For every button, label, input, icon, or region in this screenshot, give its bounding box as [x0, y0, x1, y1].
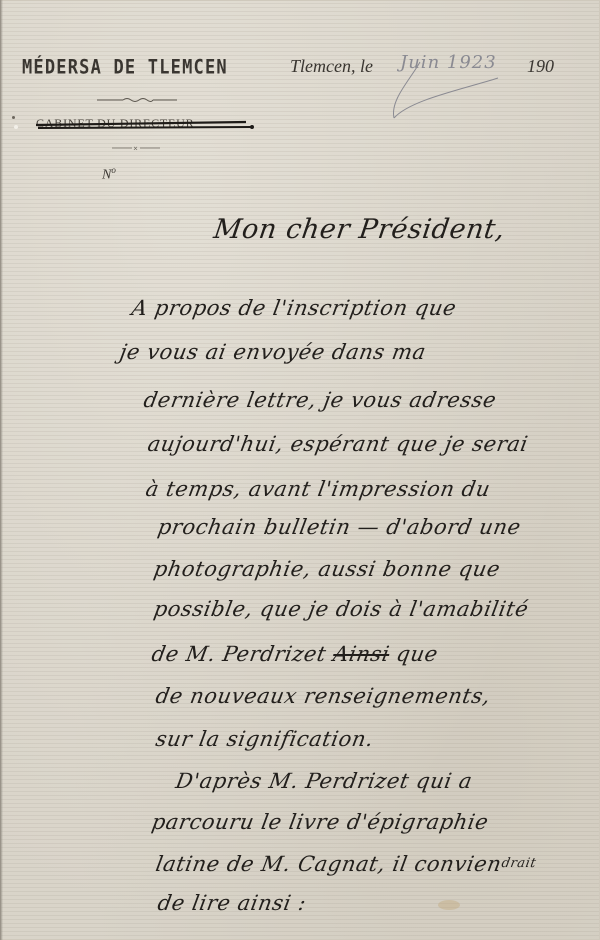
pencil-flourish-icon: [380, 60, 500, 120]
letter-salutation: Mon cher Président,: [212, 214, 507, 245]
paper-mark: [12, 116, 15, 119]
dateline-place: Tlemcen, le: [290, 56, 373, 77]
letter-line: de M. Perdrizet Ainsi que: [150, 642, 440, 666]
letter-line-tail: drait: [500, 856, 537, 871]
letter-line: D'après M. Perdrizet qui a: [174, 769, 475, 793]
letter-line-text: que: [395, 642, 440, 666]
letter-line: aujourd'hui, espérant que je serai: [146, 432, 530, 456]
letter-line: dernière lettre, je vous adresse: [142, 388, 499, 412]
letter-line-text: latine de M. Cagnat, il convien: [154, 852, 504, 876]
star-divider-icon: ✕: [112, 145, 160, 151]
letter-line: A propos de l'inscription que: [130, 296, 459, 320]
letter-line: de nouveaux renseignements,: [154, 684, 493, 708]
letter-line: je vous ai envoyée dans ma: [118, 340, 428, 364]
struck-word: Ainsi: [331, 642, 391, 666]
letterhead-institution: MÉDERSA DE TLEMCEN: [22, 56, 228, 79]
letter-page: MÉDERSA DE TLEMCEN Cabinet du Directeur …: [0, 0, 600, 940]
page-edge-shadow: [0, 0, 3, 940]
svg-text:✕: ✕: [133, 146, 138, 152]
letter-line: photographie, aussi bonne que: [152, 557, 502, 581]
paper-mark: [14, 125, 18, 129]
paper-stain: [438, 900, 460, 910]
ink-strikethrough-icon: [36, 118, 256, 132]
letter-line: sur la signification.: [154, 727, 376, 751]
letter-line: possible, que je dois à l'amabilité: [152, 597, 531, 621]
letter-line: de lire ainsi :: [156, 891, 308, 915]
letter-line: à temps, avant l'impression du: [144, 477, 492, 501]
letter-line-text: de M. Perdrizet: [150, 642, 328, 666]
reference-number-label: No: [102, 165, 116, 184]
flourish-ornament-icon: [97, 96, 177, 104]
letter-line: prochain bulletin — d'abord une: [156, 515, 523, 539]
letter-line: parcouru le livre d'épigraphie: [150, 810, 491, 834]
letter-line: latine de M. Cagnat, il conviendrait: [154, 852, 538, 876]
dateline-printed-year: 190: [527, 56, 554, 77]
